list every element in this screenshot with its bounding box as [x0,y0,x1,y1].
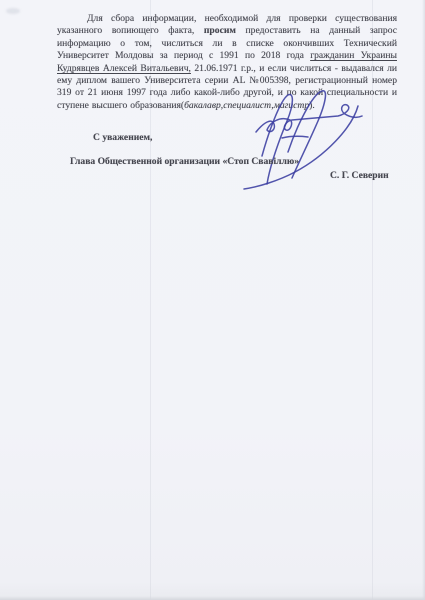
signature-stroke-underline [282,136,308,138]
paragraph-segment-bold: просим [204,25,236,36]
scan-smudge [6,8,20,14]
org-title-line: Глава Общественной организации «Стоп Сва… [70,156,299,167]
signer-name: С. Г. Северин [330,170,389,181]
scan-edge-bottom [0,596,425,600]
scanned-page: Для сбора информации, необходимой для пр… [0,0,425,600]
signature-stroke-loop-left [262,95,292,184]
closing-line: С уважением, [93,132,152,143]
